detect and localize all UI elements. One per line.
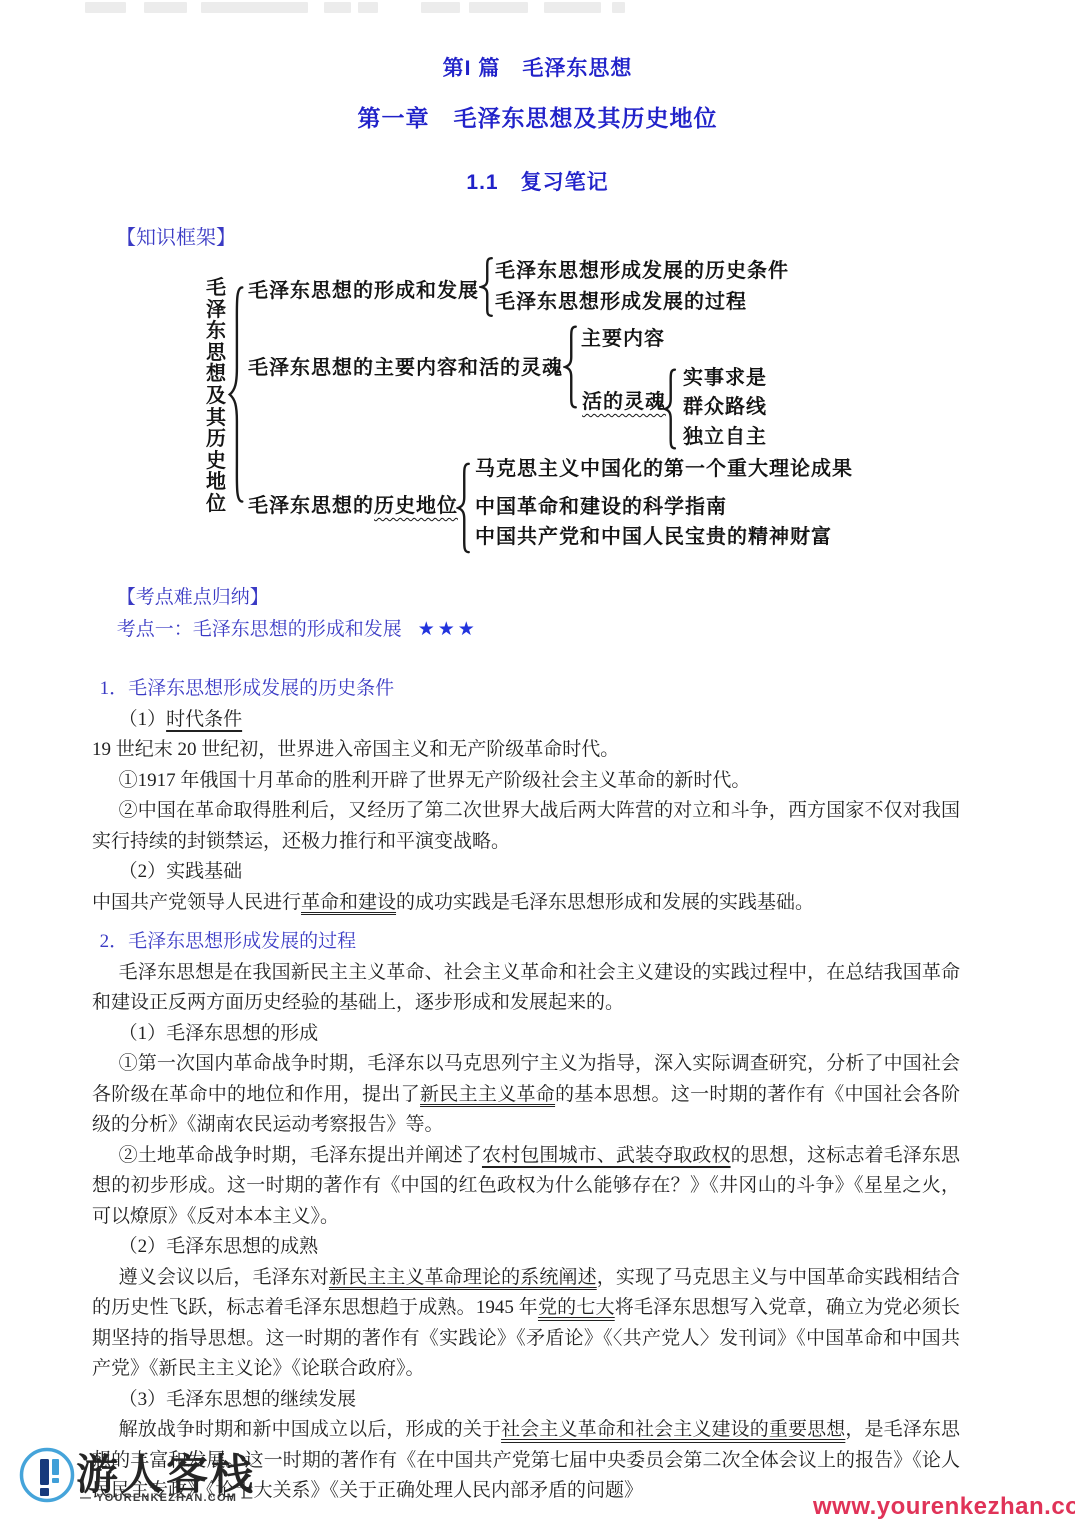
diagram-item: 毛泽东思想形成发展的历史条件	[495, 260, 789, 282]
part-title: 第I 篇 毛泽东思想	[0, 52, 1075, 82]
branch1-brace	[479, 257, 494, 317]
framework-label: 【知识框架】	[116, 221, 236, 250]
watermark-logo-icon	[18, 1446, 76, 1504]
paragraph: （2）毛泽东思想的成熟	[92, 1232, 960, 1263]
paragraph: 毛泽东思想是在我国新民主主义革命、社会主义革命和社会主义建设的实践过程中，在总结…	[92, 958, 960, 1019]
paragraph: （1）时代条件	[92, 705, 960, 736]
main-brace	[227, 283, 245, 506]
diagram-root-label: 毛泽东思想及其历史地位	[205, 278, 227, 516]
watermark-logo	[18, 1446, 76, 1509]
watermark-domain-text: — YOURENKEZHAN.COM —	[80, 1492, 254, 1504]
paragraph: ①1917 年俄国十月革命的胜利开辟了世界无产阶级社会主义革命的新时代。	[92, 766, 960, 797]
knowledge-framework-diagram: 毛泽东思想及其历史地位 毛泽东思想的形成和发展 毛泽东思想形成发展的历史条件 毛…	[0, 250, 1075, 570]
keypoint1-heading: 考点一：毛泽东思想的形成和发展★★★	[92, 614, 960, 646]
sub-heading-1: 1．毛泽东思想形成发展的历史条件	[92, 674, 960, 705]
soul-brace	[663, 368, 677, 450]
diagram-item: 马克思主义中国化的第一个重大理论成果	[475, 458, 853, 480]
keypoints-label: 【考点难点归纳】	[92, 583, 960, 614]
diagram-branch3-label: 毛泽东思想的历史地位	[248, 495, 458, 517]
paragraph: 遵义会议以后，毛泽东对新民主主义革命理论的系统阐述，实现了马克思主义与中国革命实…	[92, 1263, 960, 1385]
diagram-item: 实事求是	[683, 367, 767, 389]
notes-body: 【考点难点归纳】 考点一：毛泽东思想的形成和发展★★★ 1．毛泽东思想形成发展的…	[92, 583, 960, 1507]
paragraph: （2）实践基础	[92, 857, 960, 888]
paragraph: 中国共产党领导人民进行革命和建设的成功实践是毛泽东思想形成和发展的实践基础。	[92, 888, 960, 919]
underlined-term: 时代条件	[166, 709, 242, 730]
paragraph: 19 世纪末 20 世纪初，世界进入帝国主义和无产阶级革命时代。	[92, 735, 960, 766]
document-page: 第I 篇 毛泽东思想 第一章 毛泽东思想及其历史地位 1.1 复习笔记 【知识框…	[0, 0, 1075, 1523]
paragraph: （3）毛泽东思想的继续发展	[92, 1385, 960, 1416]
chapter-title: 第一章 毛泽东思想及其历史地位	[0, 100, 1075, 133]
paragraph: ②中国在革命取得胜利后，又经历了第二次世界大战后两大阵营的对立和斗争，西方国家不…	[92, 796, 960, 857]
site-url-watermark: www.yourenkezhan.com	[813, 1493, 1075, 1521]
sub-heading-2: 2．毛泽东思想形成发展的过程	[92, 927, 960, 958]
underlined-term: 新民主主义革命	[420, 1084, 555, 1105]
underlined-term: 革命和建设	[301, 892, 396, 913]
underlined-term: 党的七大	[538, 1297, 615, 1318]
diagram-branch1-label: 毛泽东思想的形成和发展	[248, 280, 479, 302]
diagram-item-living-soul: 活的灵魂	[582, 391, 666, 413]
diagram-item: 毛泽东思想形成发展的过程	[495, 291, 747, 313]
section-title: 1.1 复习笔记	[0, 166, 1075, 196]
diagram-item: 主要内容	[581, 328, 665, 350]
diagram-branch2-label: 毛泽东思想的主要内容和活的灵魂	[248, 357, 563, 379]
underlined-term: 农村包围城市、武装夺取政权	[482, 1145, 731, 1166]
paragraph: ②土地革命战争时期，毛泽东提出并阐述了农村包围城市、武装夺取政权的思想，这标志着…	[92, 1141, 960, 1233]
keypoint1-title: 考点一：毛泽东思想的形成和发展	[117, 619, 402, 640]
underlined-term: 新民主主义革命理论的系统阐述	[329, 1267, 597, 1288]
paragraph: （1）毛泽东思想的形成	[92, 1019, 960, 1050]
branch2-brace	[563, 325, 578, 409]
diagram-item: 群众路线	[683, 396, 767, 418]
paragraph: ①第一次国内革命战争时期，毛泽东以马克思列宁主义为指导，深入实际调查研究，分析了…	[92, 1049, 960, 1141]
difficulty-stars: ★★★	[418, 618, 478, 640]
branch3-brace	[456, 462, 471, 554]
underlined-term: 社会主义革命和社会主义建设的重要思想	[501, 1419, 845, 1440]
diagram-item: 独立自主	[683, 426, 767, 448]
diagram-item: 中国革命和建设的科学指南	[475, 496, 727, 518]
diagram-item: 中国共产党和中国人民宝贵的精神财富	[475, 526, 832, 548]
